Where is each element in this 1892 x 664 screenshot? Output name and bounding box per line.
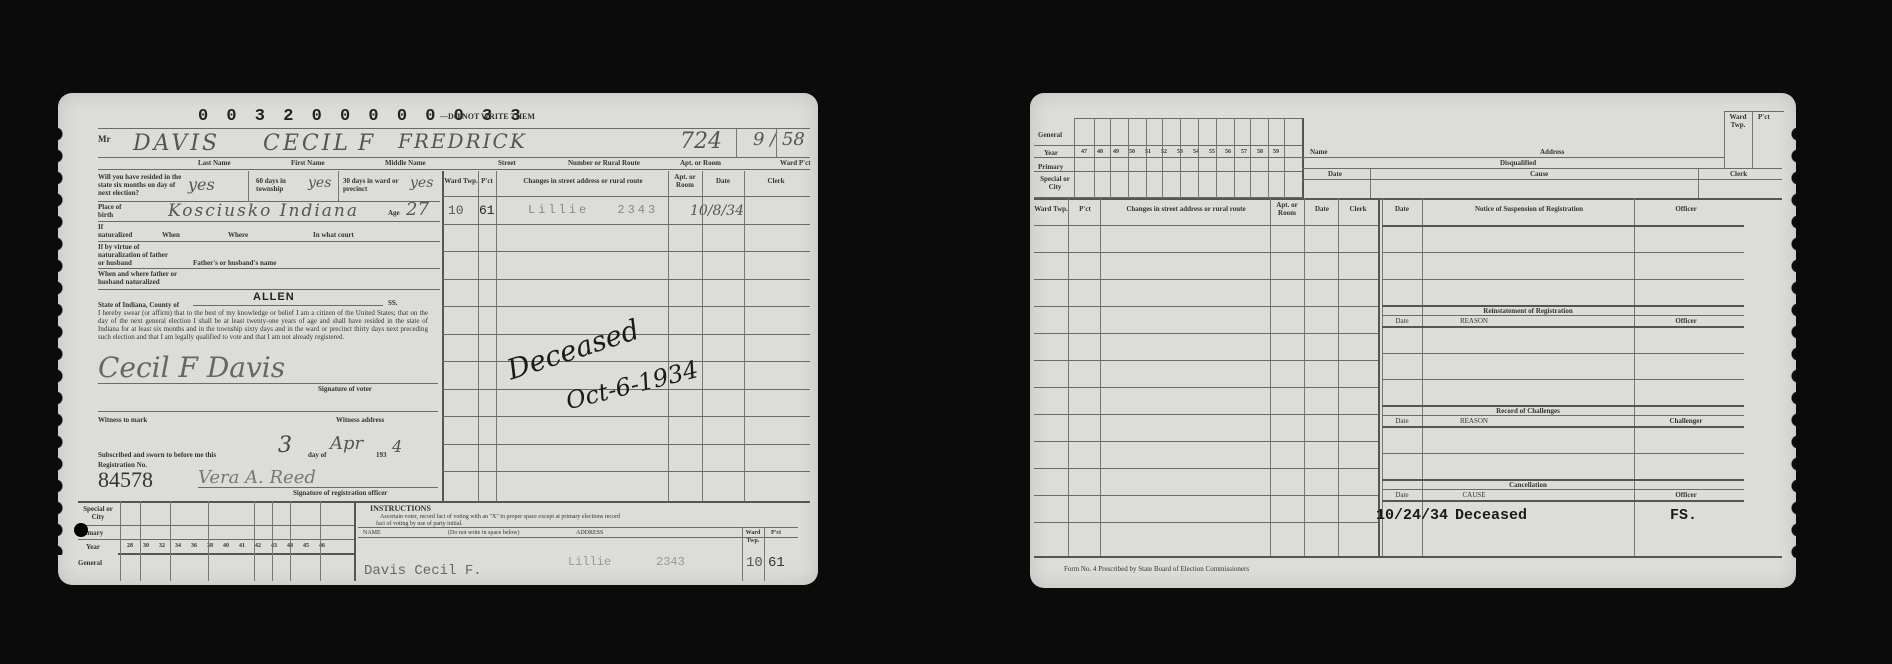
row-label-special: Special or City xyxy=(1038,175,1072,191)
county-value: ALLEN xyxy=(253,291,295,303)
middle-name-value: FREDRICK xyxy=(398,129,527,153)
ward-pct-value: 9 / 58 xyxy=(753,129,805,150)
card-edge-scallop xyxy=(56,123,70,555)
sworn-month: Apr xyxy=(330,433,363,454)
header-officer: Officer xyxy=(1636,491,1736,499)
label-pct: P'ct xyxy=(766,529,786,537)
label-naturalized: If naturalized xyxy=(98,223,138,239)
label-day-of: day of xyxy=(308,451,326,459)
label-signature-voter: Signature of voter xyxy=(318,385,372,393)
header-reason: REASON xyxy=(1424,317,1524,325)
row-label-year: Year xyxy=(1044,149,1058,157)
label-resided-state: Will you have resided in the state six m… xyxy=(98,173,186,197)
row-date: 10/8/34 xyxy=(690,203,744,219)
label-cause: Cause xyxy=(1530,170,1548,178)
challenges-title: Record of Challenges xyxy=(1422,407,1634,415)
deceased-date-note: Oct-6-1934 xyxy=(563,355,701,415)
sworn-year: 4 xyxy=(392,437,402,456)
registration-card-back: General Year Primary Special or City 474… xyxy=(1030,93,1796,588)
age-value: 27 xyxy=(406,199,429,220)
label-apt: Apt. or Room xyxy=(680,159,721,167)
header-challenger: Challenger xyxy=(1636,417,1736,425)
form-footer: Form No. 4 Prescribed by State Board of … xyxy=(1064,565,1249,573)
instructions-title: INSTRUCTIONS xyxy=(370,505,431,513)
label-first-name: First Name xyxy=(291,159,325,167)
street-number-value: 724 xyxy=(680,129,722,154)
label-ss: SS. xyxy=(388,299,398,307)
label-disqualified: Disqualified xyxy=(1500,159,1536,167)
header-officer: Officer xyxy=(1636,205,1736,213)
header-clerk: Clerk xyxy=(1340,205,1376,213)
header-apt: Apt. or Room xyxy=(1270,201,1304,217)
label-ward-pct: Ward P'ct xyxy=(780,159,811,167)
officer-signature: Vera A. Reed xyxy=(198,467,316,488)
row-label-general: General xyxy=(1038,131,1062,139)
punch-hole xyxy=(74,523,88,537)
reinstatement-title: Reinstatement of Registration xyxy=(1422,307,1634,315)
first-name-value: CECIL xyxy=(263,131,351,156)
label-by-virtue: If by virtue of naturalization of father… xyxy=(98,243,170,267)
label-court: In what court xyxy=(313,231,354,239)
label-number: Number or Rural Route xyxy=(568,159,640,167)
label-street: Street xyxy=(498,159,516,167)
label-date: Date xyxy=(1328,170,1342,178)
registration-card-front: 0 0 3 2 0 0 0 0 0 0 3 3 —DO NOT WRITE TH… xyxy=(58,93,818,585)
row-address: Lillie 2343 xyxy=(528,203,658,217)
label-state-county: State of Indiana, County of xyxy=(98,301,179,309)
row-label-year: Year xyxy=(86,543,100,551)
header-address-change: Changes in street address or rural route xyxy=(1102,205,1270,213)
label-address: ADDRESS xyxy=(576,529,603,537)
label-witness-address: Witness address xyxy=(336,416,384,424)
label-middle-name: Middle Name xyxy=(385,159,426,167)
resided-state-answer: yes xyxy=(188,175,215,194)
label-signature-officer: Signature of registration officer xyxy=(293,489,387,497)
header-clerk: Clerk xyxy=(746,177,806,185)
title-prefix: Mr xyxy=(98,135,111,143)
cancellation-title: Cancellation xyxy=(1422,481,1634,489)
row-label-primary: Primary xyxy=(1038,163,1063,171)
serial-note: —DO NOT WRITE THEM xyxy=(440,113,535,121)
header-date: Date xyxy=(1382,417,1422,425)
row-pct: 61 xyxy=(479,203,495,218)
label-witness: Witness to mark xyxy=(98,416,147,424)
place-of-birth-value: Kosciusko Indiana xyxy=(168,201,359,221)
sworn-day: 3 xyxy=(278,433,292,458)
header-date: Date xyxy=(1306,205,1338,213)
label-pct: P'ct xyxy=(1758,113,1770,121)
cancellation-cause: Deceased xyxy=(1455,507,1527,524)
card-edge-scallop xyxy=(1784,123,1798,558)
label-father-name: Father's or husband's name xyxy=(193,259,276,267)
header-officer: Officer xyxy=(1636,317,1736,325)
voter-signature: Cecil F Davis xyxy=(98,351,285,384)
header-date: Date xyxy=(1382,491,1422,499)
label-year-prefix: 193 xyxy=(376,451,387,459)
township-answer: yes xyxy=(308,175,331,191)
label-clerk: Clerk xyxy=(1730,170,1747,178)
header-pct: P'ct xyxy=(1070,205,1100,213)
header-ward: Ward Twp. xyxy=(444,177,478,185)
header-apt: Apt. or Room xyxy=(670,173,700,189)
oath-text: I hereby swear (or affirm) that to the b… xyxy=(98,309,428,341)
label-subscribed: Subscribed and sworn to before me this xyxy=(98,451,216,459)
header-pct: P'ct xyxy=(478,177,496,185)
label-name: Name xyxy=(1310,148,1328,156)
label-place-of-birth: Place of birth xyxy=(98,203,138,219)
row-label-general: General xyxy=(78,559,102,567)
header-ward: Ward Twp. xyxy=(1034,205,1068,213)
label-last-name: Last Name xyxy=(198,159,230,167)
typed-pct: 61 xyxy=(768,555,785,571)
typed-ward: 10 xyxy=(746,555,763,571)
typed-street: Lillie xyxy=(568,555,611,569)
header-date: Date xyxy=(1382,205,1422,213)
header-address-change: Changes in street address or rural route xyxy=(498,177,668,185)
header-date: Date xyxy=(702,177,744,185)
row-label-special: Special or City xyxy=(78,505,118,521)
ward-precinct-answer: yes xyxy=(410,175,433,191)
label-name: NAME xyxy=(363,529,381,537)
label-ward-precinct: 30 days in ward or precinct xyxy=(343,177,413,193)
header-cause: CAUSE xyxy=(1424,491,1524,499)
header-suspension: Notice of Suspension of Registration xyxy=(1424,205,1634,213)
typed-number: 2343 xyxy=(656,555,685,569)
year-row: 28303234363840414243444546 xyxy=(122,542,330,550)
label-where: Where xyxy=(228,231,248,239)
cancellation-officer: FS. xyxy=(1670,507,1697,524)
row-ward: 10 xyxy=(448,203,464,218)
label-township: 60 days in township xyxy=(256,177,311,193)
header-reason: REASON xyxy=(1424,417,1524,425)
label-when: When xyxy=(162,231,180,239)
middle-initial-value: F xyxy=(358,131,373,156)
label-ward-twp: Ward Twp. xyxy=(1725,113,1751,129)
label-age: Age xyxy=(388,209,400,217)
label-when-where-father: When and where father or husband natural… xyxy=(98,270,188,286)
label-do-not-write: (Do not write in space below) xyxy=(448,529,519,537)
header-date: Date xyxy=(1382,317,1422,325)
registration-number: 84578 xyxy=(98,467,153,493)
last-name-value: DAVIS xyxy=(133,131,220,156)
typed-name: Davis Cecil F. xyxy=(364,563,482,579)
label-address: Address xyxy=(1540,148,1564,156)
cancellation-date: 10/24/34 xyxy=(1376,507,1448,524)
label-ward-twp: Ward Twp. xyxy=(743,529,763,545)
